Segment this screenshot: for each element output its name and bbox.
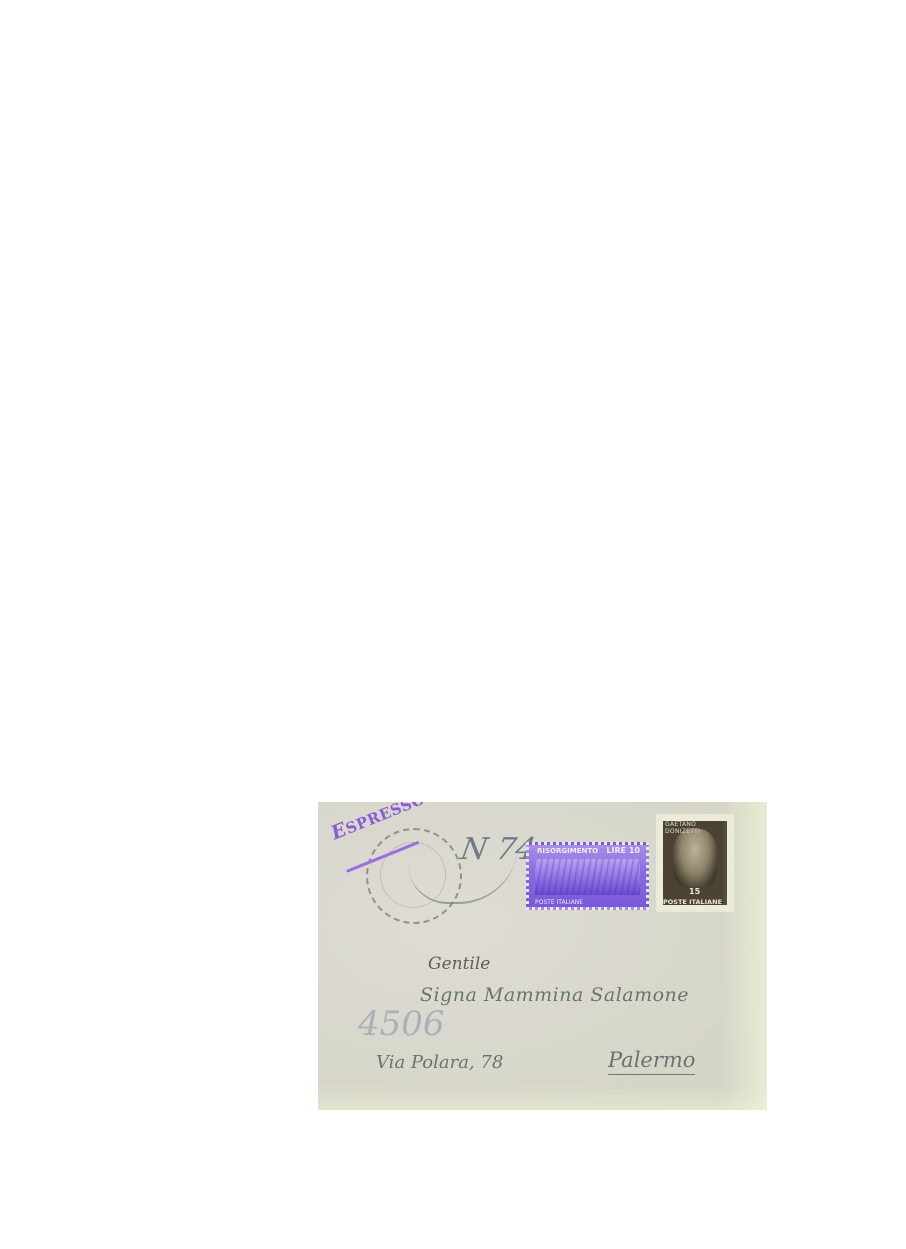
reference-number: 4506 — [358, 1004, 445, 1044]
portrait-image — [673, 829, 717, 887]
postage-stamp-violet: RISORGIMENTO LIRE 10 POSTE ITALIANE — [526, 842, 649, 910]
address-city: Palermo — [608, 1048, 695, 1075]
stamp-country: POSTE ITALIANE — [663, 898, 722, 906]
address-recipient: Signa Mammina Salamone — [420, 984, 689, 1006]
stamp-scene — [535, 859, 640, 895]
stamp-value: LIRE 10 — [606, 846, 640, 855]
address-street: Via Polara, 78 — [376, 1052, 503, 1073]
envelope: ESPRESSO N 74 RISORGIMENTO LIRE 10 POSTE… — [318, 802, 767, 1110]
stamp-country: POSTE ITALIANE — [535, 899, 583, 906]
stamp-value: 15 — [689, 887, 700, 896]
stamp-top-text: GAETANO DONIZETTI — [665, 821, 731, 835]
address-greeting: Gentile — [428, 954, 490, 974]
stamp-top-text: RISORGIMENTO — [537, 847, 598, 855]
postage-stamp-portrait: GAETANO DONIZETTI 15 POSTE ITALIANE — [656, 814, 734, 912]
